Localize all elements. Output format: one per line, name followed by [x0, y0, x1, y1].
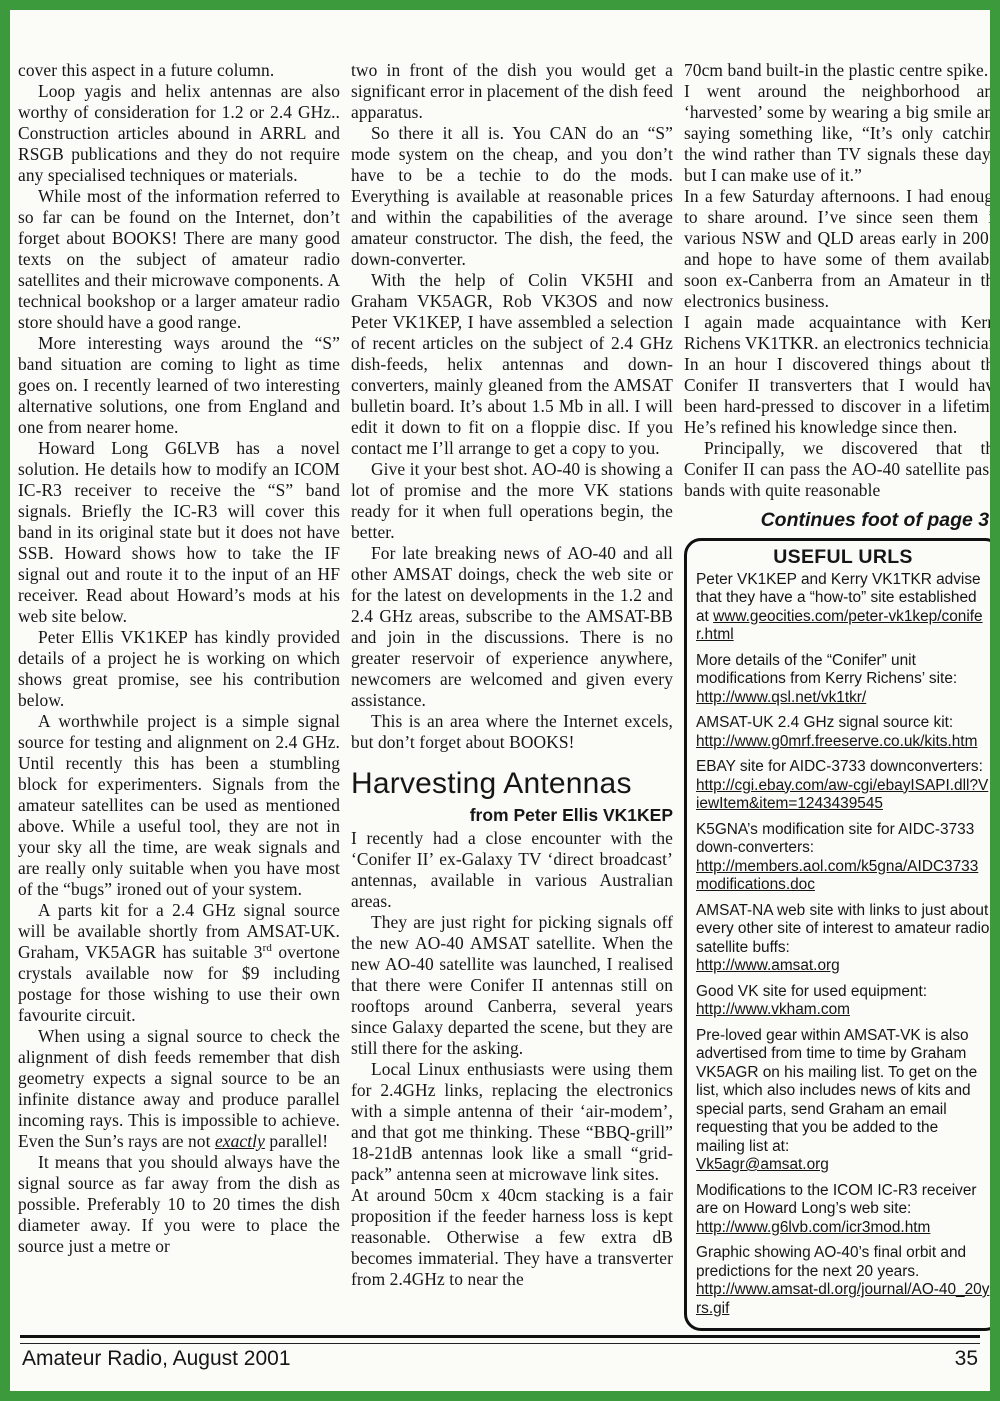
continues-note: Continues foot of page 36: [684, 509, 1000, 532]
url-link[interactable]: http://cgi.ebay.com/aw-cgi/ebayISAPI.dll…: [696, 777, 988, 813]
urls-box-items: Peter VK1KEP and Kerry VK1TKR advise tha…: [696, 571, 990, 1319]
paragraph: I recently had a close encounter with th…: [351, 828, 673, 912]
paragraph: cover this aspect in a future column.: [18, 60, 340, 81]
paragraph: A worthwhile project is a simple signal …: [18, 711, 340, 900]
url-link[interactable]: Vk5agr@amsat.org: [696, 1156, 829, 1173]
paragraph: Howard Long G6LVB has a novel solution. …: [18, 438, 340, 627]
paragraph: I went around the neighborhood and ‘harv…: [684, 81, 1000, 186]
paragraph: Give it your best shot. AO-40 is showing…: [351, 459, 673, 543]
column-3: 70cm band built-in the plastic centre sp…: [684, 60, 1000, 1331]
url-link[interactable]: www.geocities.com/peter-vk1kep/conifer.h…: [696, 608, 983, 644]
paragraph: two in front of the dish you would get a…: [351, 60, 673, 123]
url-item: AMSAT-NA web site with links to just abo…: [696, 902, 990, 976]
url-item: Peter VK1KEP and Kerry VK1TKR advise tha…: [696, 571, 990, 645]
paragraph: Peter Ellis VK1KEP has kindly provided d…: [18, 627, 340, 711]
paragraph: At around 50cm x 40cm stacking is a fair…: [351, 1185, 673, 1290]
section-heading: Harvesting Antennas: [351, 767, 673, 801]
url-item-description: AMSAT-NA web site with links to just abo…: [696, 902, 989, 956]
paragraph: In a few Saturday afternoons. I had enou…: [684, 186, 1000, 312]
url-link[interactable]: http://www.amsat.org: [696, 957, 840, 974]
url-item: EBAY site for AIDC-3733 downconverters:h…: [696, 758, 990, 814]
footer-journal-title: Amateur Radio, August 2001: [22, 1347, 291, 1371]
paragraph: Principally, we discovered that the Coni…: [684, 438, 1000, 501]
url-item: Graphic showing AO-40’s final orbit and …: [696, 1244, 990, 1318]
url-item-description: Modifications to the ICOM IC-R3 receiver…: [696, 1182, 977, 1218]
paragraph: More interesting ways around the “S” ban…: [18, 333, 340, 438]
url-item: AMSAT-UK 2.4 GHz signal source kit:http:…: [696, 714, 990, 751]
footer-rule-thick: [20, 1335, 980, 1338]
footer-page-number: 35: [955, 1347, 978, 1371]
paragraph: While most of the information referred t…: [18, 186, 340, 333]
column-2-bottom-paragraphs: I recently had a close encounter with th…: [351, 828, 673, 1290]
url-item-description: More details of the “Conifer” unit modif…: [696, 652, 957, 688]
column-2-top-paragraphs: two in front of the dish you would get a…: [351, 60, 673, 753]
column-2: two in front of the dish you would get a…: [351, 60, 673, 1331]
paragraph: When using a signal source to check the …: [18, 1026, 340, 1152]
column-1: cover this aspect in a future column.Loo…: [18, 60, 340, 1331]
url-link[interactable]: http://www.qsl.net/vk1tkr/: [696, 689, 866, 706]
url-item-description: Graphic showing AO-40’s final orbit and …: [696, 1244, 966, 1280]
paragraph: I again made acquaintance with Kerry Ric…: [684, 312, 1000, 438]
url-link[interactable]: http://www.vkham.com: [696, 1001, 850, 1018]
paragraph: For late breaking news of AO-40 and all …: [351, 543, 673, 711]
url-item: More details of the “Conifer” unit modif…: [696, 652, 990, 708]
paragraph: It means that you should always have the…: [18, 1152, 340, 1257]
url-link[interactable]: http://www.g6lvb.com/icr3mod.htm: [696, 1219, 930, 1236]
paragraph: They are just right for picking signals …: [351, 912, 673, 1059]
url-item: Good VK site for used equipment:http://w…: [696, 983, 990, 1020]
useful-urls-box: USEFUL URLS Peter VK1KEP and Kerry VK1TK…: [684, 538, 1000, 1331]
url-link[interactable]: http://members.aol.com/k5gna/AIDC3733mod…: [696, 858, 978, 894]
url-item-description: AMSAT-UK 2.4 GHz signal source kit:: [696, 714, 953, 731]
paragraph: 70cm band built-in the plastic centre sp…: [684, 60, 1000, 81]
url-item-description: K5GNA’s modification site for AIDC-3733 …: [696, 821, 974, 857]
url-item: Pre-loved gear within AMSAT-VK is also a…: [696, 1027, 990, 1175]
url-item-description: Good VK site for used equipment:: [696, 983, 927, 1000]
url-item-description: EBAY site for AIDC-3733 downconverters:: [696, 758, 983, 775]
url-item-description: Pre-loved gear within AMSAT-VK is also a…: [696, 1027, 977, 1155]
url-link[interactable]: http://www.amsat-dl.org/journal/AO-40_20…: [696, 1281, 989, 1317]
column-3-paragraphs: 70cm band built-in the plastic centre sp…: [684, 60, 1000, 501]
page-footer: Amateur Radio, August 2001 35: [20, 1335, 980, 1381]
url-link[interactable]: http://www.g0mrf.freeserve.co.uk/kits.ht…: [696, 733, 977, 750]
byline: from Peter Ellis VK1KEP: [351, 805, 673, 826]
paragraph: So there it all is. You CAN do an “S” mo…: [351, 123, 673, 270]
paragraph: Local Linux enthusiasts were using them …: [351, 1059, 673, 1185]
paragraph: A parts kit for a 2.4 GHz signal source …: [18, 900, 340, 1026]
magazine-page: cover this aspect in a future column.Loo…: [0, 0, 1000, 1401]
paragraph: This is an area where the Internet excel…: [351, 711, 673, 753]
paragraph: Loop yagis and helix antennas are also w…: [18, 81, 340, 186]
urls-box-title: USEFUL URLS: [696, 548, 990, 567]
article-columns: cover this aspect in a future column.Loo…: [10, 10, 990, 1331]
paragraph: With the help of Colin VK5HI and Graham …: [351, 270, 673, 459]
url-item: Modifications to the ICOM IC-R3 receiver…: [696, 1182, 990, 1238]
url-item: K5GNA’s modification site for AIDC-3733 …: [696, 821, 990, 895]
